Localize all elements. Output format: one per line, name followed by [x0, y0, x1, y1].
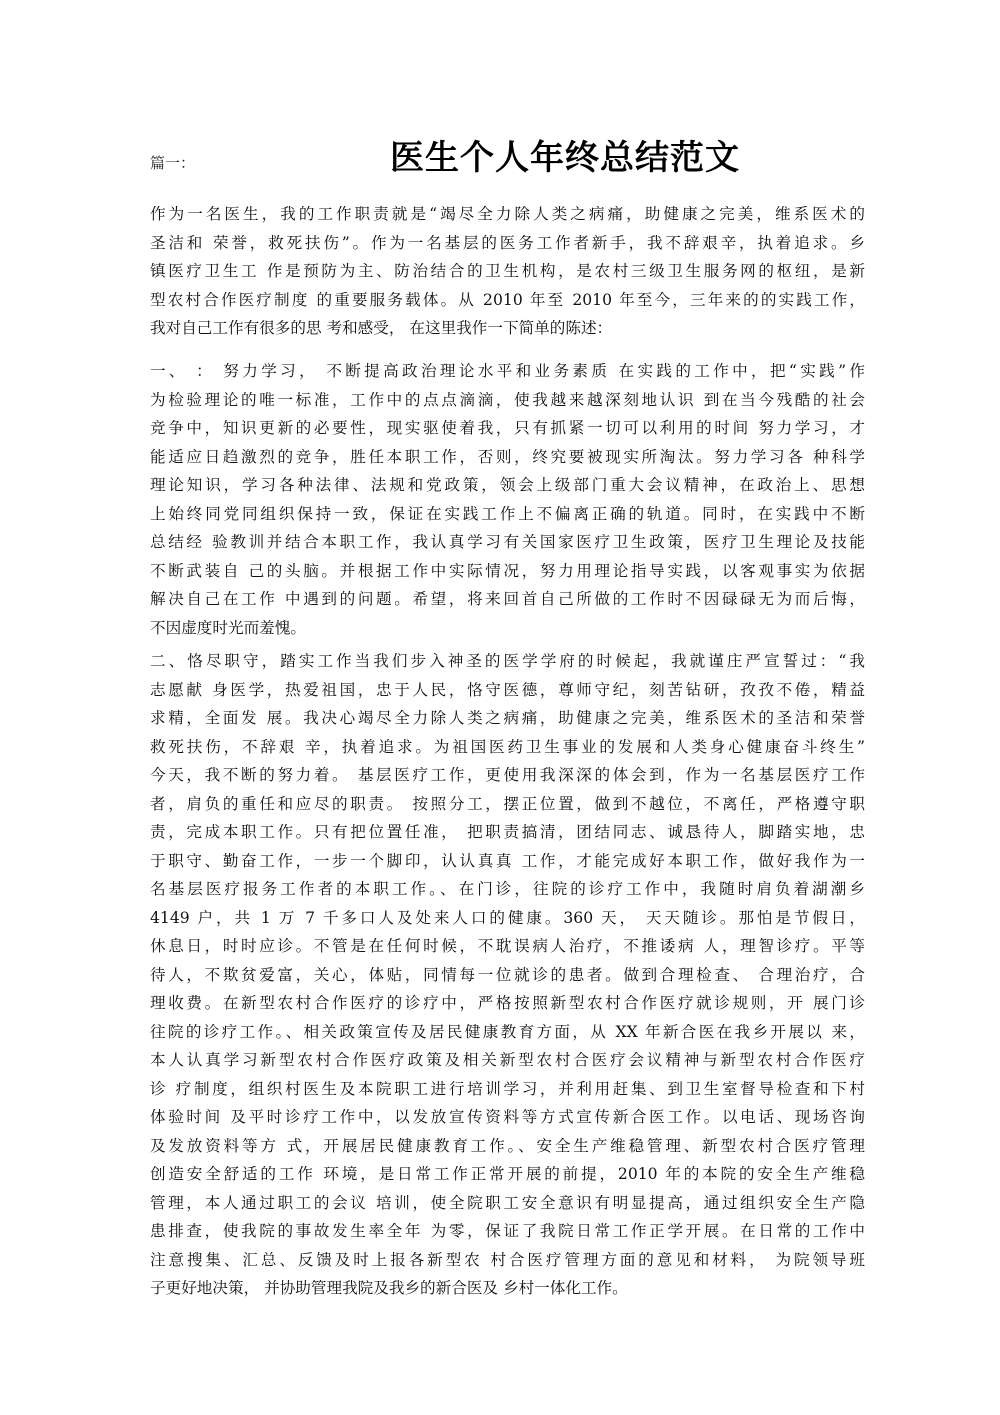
text-line: 4149 户，共 1 万 7 千多口人及处来人口的健康。360 天， 天天随诊。… [150, 904, 865, 933]
text-line: 总结经 验教训并结合本职工作，我认真学习有关国家医疗卫生政策，医疗卫生理论及技能 [150, 528, 865, 557]
text-line: 二、恪尽职守，踏实工作当我们步入神圣的医学学府的时候起，我就谨庄严宣誓过：“我 [150, 647, 865, 676]
text-line: 为检验理论的唯一标准，工作中的点点滴滴，使我越来越深刻地认识 到在当今残酷的社会 [150, 386, 865, 415]
paragraph-intro: 作为一名医生，我的工作职责就是“竭尽全力除人类之病痛，助健康之完美，维系医术的 … [150, 200, 865, 343]
paragraph-section-2: 二、恪尽职守，踏实工作当我们步入神圣的医学学府的时候起，我就谨庄严宣誓过：“我 … [150, 647, 865, 1303]
text-line: 名基层医疗报务工作者的本职工作。、在门诊，往院的诊疗工作中，我随时肩负着湖潮乡 [150, 875, 865, 904]
text-line: 求精，全面发 展。我决心竭尽全力除人类之病痛，助健康之完美，维系医术的圣洁和荣誉 [150, 704, 865, 733]
text-line: 责，完成本职工作。只有把位置任准， 把职责搞清，团结同志、诚恳待人，脚踏实地，忠 [150, 818, 865, 847]
text-line: 作为一名医生，我的工作职责就是“竭尽全力除人类之病痛，助健康之完美，维系医术的 [150, 200, 865, 229]
text-line: 及发放资料等方 式，开展居民健康教育工作。、安全生产维稳管理、新型农村合医疗管理 [150, 1132, 865, 1161]
text-line: 理收费。在新型农村合作医疗的诊疗中，严格按照新型农村合作医疗就诊规则，开 展门诊 [150, 989, 865, 1018]
text-line: 管理，本人通过职工的会议 培训，使全院职工安全意识有明显提高，通过组织安全生产隐 [150, 1189, 865, 1218]
text-line: 理论知识，学习各种法律、法规和党政策，领会上级部门重大会议精神，在政治上、思想 [150, 471, 865, 500]
paragraph-section-1: 一、 ： 努力学习， 不断提高政治理论水平和业务素质 在实践的工作中，把“实践”… [150, 357, 865, 642]
text-line: 诊 疗制度，组织村医生及本院职工进行培训学习，并利用赶集、到卫生室督导检查和下村 [150, 1075, 865, 1104]
text-line: 一、 ： 努力学习， 不断提高政治理论水平和业务素质 在实践的工作中，把“实践”… [150, 357, 865, 386]
text-line: 往院的诊疗工作。、相关政策宣传及居民健康教育方面，从 XX 年新合医在我乡开展以… [150, 1018, 865, 1047]
text-line: 休息日，时时应诊。不管是在任何时候，不耽误病人治疗，不推诿病 人，理智诊疗。平等 [150, 932, 865, 961]
document-title: 医生个人年终总结范文 [390, 130, 740, 179]
text-line: 型农村合作医疗制度 的重要服务载体。从 2010 年至 2010 年至今，三年来… [150, 286, 865, 315]
text-line: 创造安全舒适的工作 环境，是日常工作正常开展的前提，2010 年的本院的安全生产… [150, 1160, 865, 1189]
text-line: 患排查，使我院的事故发生率全年 为零，保证了我院日常工作正学开展。在日常的工作中 [150, 1217, 865, 1246]
text-line: 圣洁和 荣誉，救死扶伤”。作为一名基层的医务工作者新手，我不辞艰辛，执着追求。乡 [150, 229, 865, 258]
text-line: 今天，我不断的努力着。 基层医疗工作，更使用我深深的体会到，作为一名基层医疗工作 [150, 761, 865, 790]
text-line: 镇医疗卫生工 作是预防为主、防治结合的卫生机构，是农村三级卫生服务网的枢纽，是新 [150, 257, 865, 286]
text-line: 志愿献 身医学，热爱祖国，忠于人民，恪守医德，尊师守纪，刻苦钻研，孜孜不倦，精益 [150, 676, 865, 705]
text-line: 者，肩负的重任和应尽的职责。 按照分工，摆正位置，做到不越位，不离任，严格遵守职 [150, 790, 865, 819]
text-line: 不因虚度时光而羞愧。 [150, 614, 865, 643]
text-line: 解决自己在工作 中遇到的问题。希望，将来回首自己所做的工作时不因碌碌无为而后悔， [150, 585, 865, 614]
text-line: 体验时间 及平时诊疗工作中，以发放宣传资料等方式宣传新合医工作。以电话、现场咨询 [150, 1103, 865, 1132]
text-line: 救死扶伤，不辞艰 辛，执着追求。为祖国医药卫生事业的发展和人类身心健康奋斗终生” [150, 733, 865, 762]
text-line: 注意搜集、汇总、反馈及时上报各新型农 村合医疗管理方面的意见和材料， 为院领导班 [150, 1246, 865, 1275]
text-line: 本人认真学习新型农村合作医疗政策及相关新型农村合医疗会议精神与新型农村合作医疗 [150, 1046, 865, 1075]
text-line: 不断武装自 己的头脑。并根据工作中实际情况，努力用理论指导实践，以客观事实为依据 [150, 557, 865, 586]
text-line: 我对自己工作有很多的思 考和感受， 在这里我作一下简单的陈述： [150, 314, 865, 343]
text-line: 于职守、勤奋工作，一步一个脚印，认认真真 工作，才能完成好本职工作，做好我作为一 [150, 847, 865, 876]
text-line: 待人，不欺贫爱富，关心，体贴，同情每一位就诊的患者。做到合理检查、 合理治疗，合 [150, 961, 865, 990]
text-line: 竞争中，知识更新的必要性，现实驱使着我，只有抓紧一切可以利用的时间 努力学习，才 [150, 414, 865, 443]
text-line: 上始终同党同组织保持一致，保证在实践工作上不偏离正确的轨道。同时，在实践中不断 [150, 500, 865, 529]
text-line: 子更好地决策， 并协助管理我院及我乡的新合医及 乡村一体化工作。 [150, 1274, 865, 1303]
heading-row: 篇一： 医生个人年终总结范文 [150, 130, 870, 180]
text-line: 能适应日趋激烈的竞争，胜任本职工作，否则，终究要被现实所淘汰。努力学习各 种科学 [150, 443, 865, 472]
section-prefix: 篇一： [150, 152, 195, 173]
document-page: 篇一： 医生个人年终总结范文 作为一名医生，我的工作职责就是“竭尽全力除人类之病… [0, 0, 1000, 1415]
